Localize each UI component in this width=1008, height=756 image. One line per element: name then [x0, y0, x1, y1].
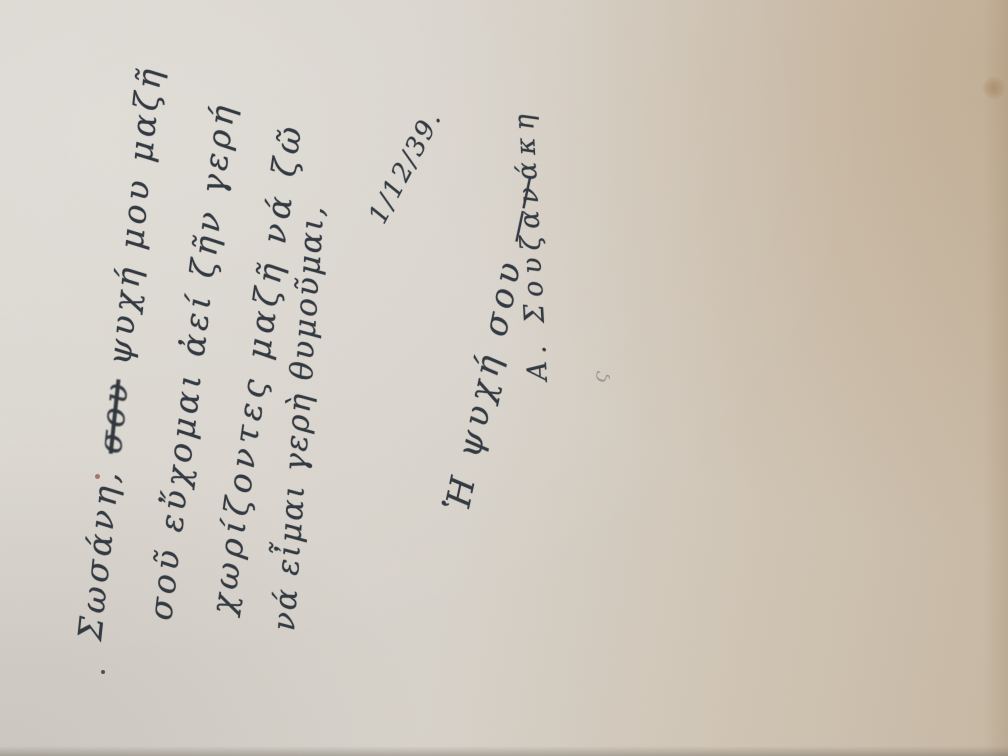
dark-ink-dot [101, 670, 105, 674]
stray-pencil-mark: ς [588, 369, 610, 384]
page-bottom-shadow [0, 746, 1008, 756]
dedication-addressee: Σωσάνη, [70, 466, 127, 643]
dedication-line-1-rest: ψυχή μου μαζῆ [99, 63, 169, 367]
red-ink-speck [95, 474, 100, 479]
page-right-edge-shading [984, 0, 1008, 756]
handwritten-dedication-photo: Σωσάνη, σου ψυχή μου μαζῆ σοῦ εὔχομαι ἀε… [0, 0, 1008, 756]
signature-text: Α. Σουζανάκη [511, 107, 552, 382]
crossed-out-word: σου [90, 377, 137, 455]
date-text: 1/12/39. [365, 106, 446, 228]
